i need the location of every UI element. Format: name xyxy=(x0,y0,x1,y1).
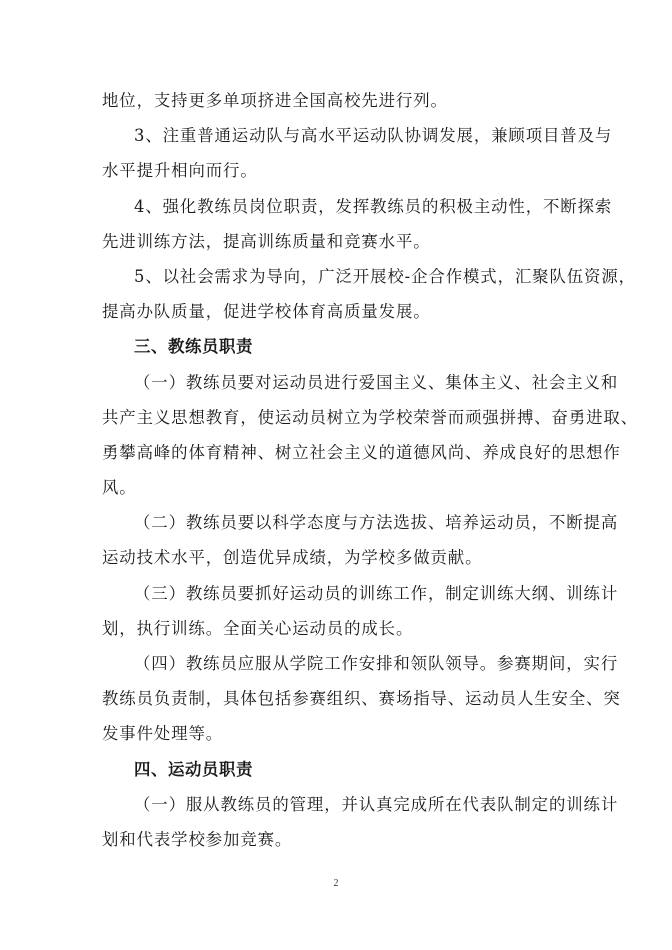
paragraph-line: 划和代表学校参加竞赛。 xyxy=(102,822,570,857)
paragraph-line: 先进训练方法，提高训练质量和竞赛水平。 xyxy=(102,224,570,259)
paragraph-line: 5、以社会需求为导向，广泛开展校-企合作模式，汇聚队伍资源， xyxy=(102,259,570,294)
paragraph-line: （二）教练员要以科学态度与方法选拔、培养运动员，不断提高 xyxy=(102,505,570,540)
section-heading-athlete-duties: 四、运动员职责 xyxy=(102,752,570,787)
paragraph-line: 勇攀高峰的体育精神、树立社会主义的道德风尚、养成良好的思想作 xyxy=(102,435,570,470)
paragraph-line: 水平提升相向而行。 xyxy=(102,153,570,188)
paragraph-line: 发事件处理等。 xyxy=(102,716,570,751)
paragraph-line: 教练员负责制，具体包括参赛组织、赛场指导、运动员人生安全、突 xyxy=(102,681,570,716)
paragraph-line: （一）教练员要对运动员进行爱国主义、集体主义、社会主义和 xyxy=(102,365,570,400)
page-number: 2 xyxy=(0,878,672,889)
paragraph-line: 风。 xyxy=(102,470,570,505)
paragraph-line: 划，执行训练。全面关心运动员的成长。 xyxy=(102,611,570,646)
paragraph-line: 3、注重普通运动队与高水平运动队协调发展，兼顾项目普及与 xyxy=(102,118,570,153)
paragraph-line: 地位，支持更多单项挤进全国高校先进行列。 xyxy=(102,83,570,118)
paragraph-line: 运动技术水平，创造优异成绩，为学校多做贡献。 xyxy=(102,540,570,575)
paragraph-line: 4、强化教练员岗位职责，发挥教练员的积极主动性，不断探索 xyxy=(102,189,570,224)
paragraph-line: （四）教练员应服从学院工作安排和领队领导。参赛期间，实行 xyxy=(102,646,570,681)
paragraph-line: （三）教练员要抓好运动员的训练工作，制定训练大纲、训练计 xyxy=(102,576,570,611)
paragraph-line: （一）服从教练员的管理，并认真完成所在代表队制定的训练计 xyxy=(102,787,570,822)
document-page: 地位，支持更多单项挤进全国高校先进行列。 3、注重普通运动队与高水平运动队协调发… xyxy=(102,83,570,857)
section-heading-coach-duties: 三、教练员职责 xyxy=(102,329,570,364)
paragraph-line: 提高办队质量，促进学校体育高质量发展。 xyxy=(102,294,570,329)
paragraph-line: 共产主义思想教育，使运动员树立为学校荣誉而顽强拼搏、奋勇进取、 xyxy=(102,400,570,435)
